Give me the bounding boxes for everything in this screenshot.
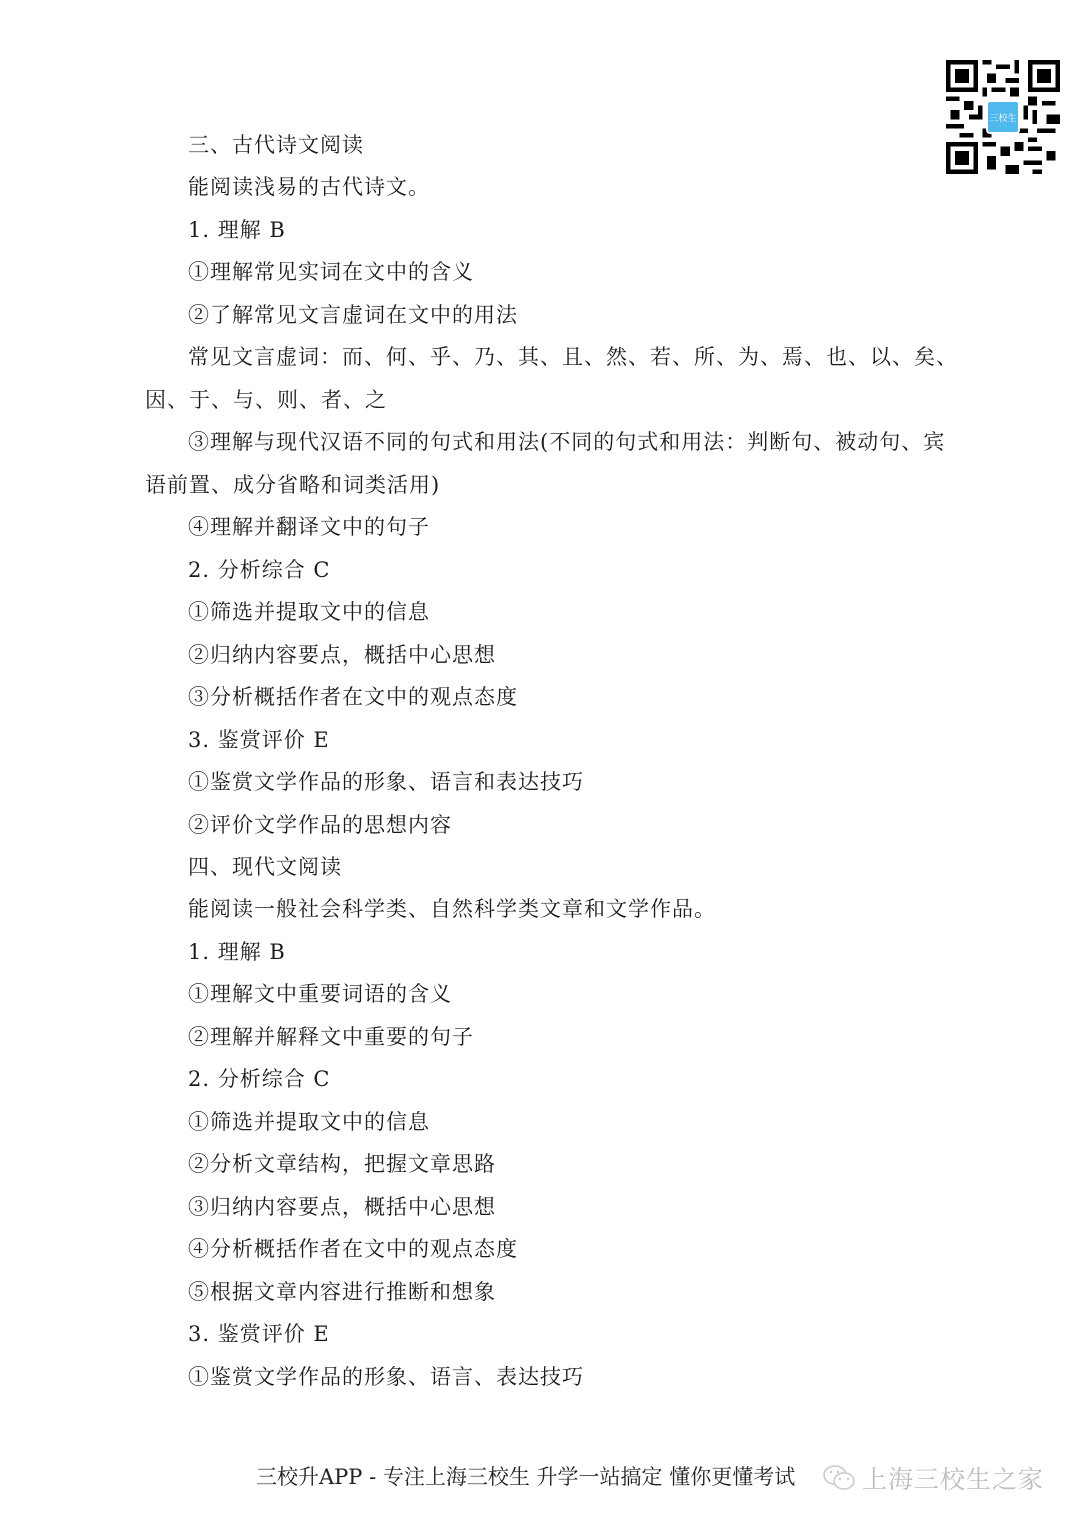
watermark: 上海三校生之家 xyxy=(822,1460,1044,1496)
list-item: ④分析概括作者在文中的观点态度 xyxy=(188,1234,518,1264)
list-item: ②理解并解释文中重要的句子 xyxy=(188,1022,474,1052)
subsection-heading: 3. 鉴赏评价 E xyxy=(188,1319,330,1349)
list-item: ①筛选并提取文中的信息 xyxy=(188,597,430,627)
watermark-text: 上海三校生之家 xyxy=(862,1460,1044,1496)
list-item: ②分析文章结构，把握文章思路 xyxy=(188,1149,496,1179)
list-item: ②评价文学作品的思想内容 xyxy=(188,810,452,840)
qr-logo: 三校生 xyxy=(986,100,1020,134)
list-item: ②归纳内容要点，概括中心思想 xyxy=(188,640,496,670)
list-item: ③分析概括作者在文中的观点态度 xyxy=(188,682,518,712)
list-item: ①筛选并提取文中的信息 xyxy=(188,1107,430,1137)
section-intro: 能阅读浅易的古代诗文。 xyxy=(188,172,430,202)
wechat-icon xyxy=(822,1463,856,1493)
footer-text: 三校升APP - 专注上海三校生 升学一站搞定 懂你更懂考试 xyxy=(256,1462,795,1492)
subsection-heading: 3. 鉴赏评价 E xyxy=(188,725,330,755)
subsection-heading: 1. 理解 B xyxy=(188,937,286,967)
paragraph-continuation: 因、于、与、则、者、之 xyxy=(145,385,387,415)
list-item: ①鉴赏文学作品的形象、语言、表达技巧 xyxy=(188,1362,584,1392)
paragraph-line: 常见文言虚词：而、何、乎、乃、其、且、然、若、所、为、焉、也、以、矣、 xyxy=(188,342,958,372)
section-heading-modern: 四、现代文阅读 xyxy=(188,852,342,882)
list-item: ⑤根据文章内容进行推断和想象 xyxy=(188,1277,496,1307)
subsection-heading: 2. 分析综合 C xyxy=(188,1064,330,1094)
paragraph-line: ③理解与现代汉语不同的句式和用法(不同的句式和用法：判断句、被动句、宾 xyxy=(188,427,945,457)
list-item: ①理解常见实词在文中的含义 xyxy=(188,257,474,287)
section-intro: 能阅读一般社会科学类、自然科学类文章和文学作品。 xyxy=(188,894,716,924)
subsection-heading: 1. 理解 B xyxy=(188,215,286,245)
list-item: ③归纳内容要点，概括中心思想 xyxy=(188,1192,496,1222)
list-item: ②了解常见文言虚词在文中的用法 xyxy=(188,300,518,330)
paragraph-continuation: 语前置、成分省略和词类活用) xyxy=(145,470,440,500)
subsection-heading: 2. 分析综合 C xyxy=(188,555,330,585)
list-item: ①鉴赏文学作品的形象、语言和表达技巧 xyxy=(188,767,584,797)
qr-code: 三校生 xyxy=(946,60,1060,174)
section-heading-classical: 三、古代诗文阅读 xyxy=(188,130,364,160)
list-item: ④理解并翻译文中的句子 xyxy=(188,512,430,542)
list-item: ①理解文中重要词语的含义 xyxy=(188,979,452,1009)
document-page: 三校生 三、古代诗文阅读 能阅读浅易的古代诗文。 1. 理解 B ①理解常见实词… xyxy=(0,0,1080,1527)
